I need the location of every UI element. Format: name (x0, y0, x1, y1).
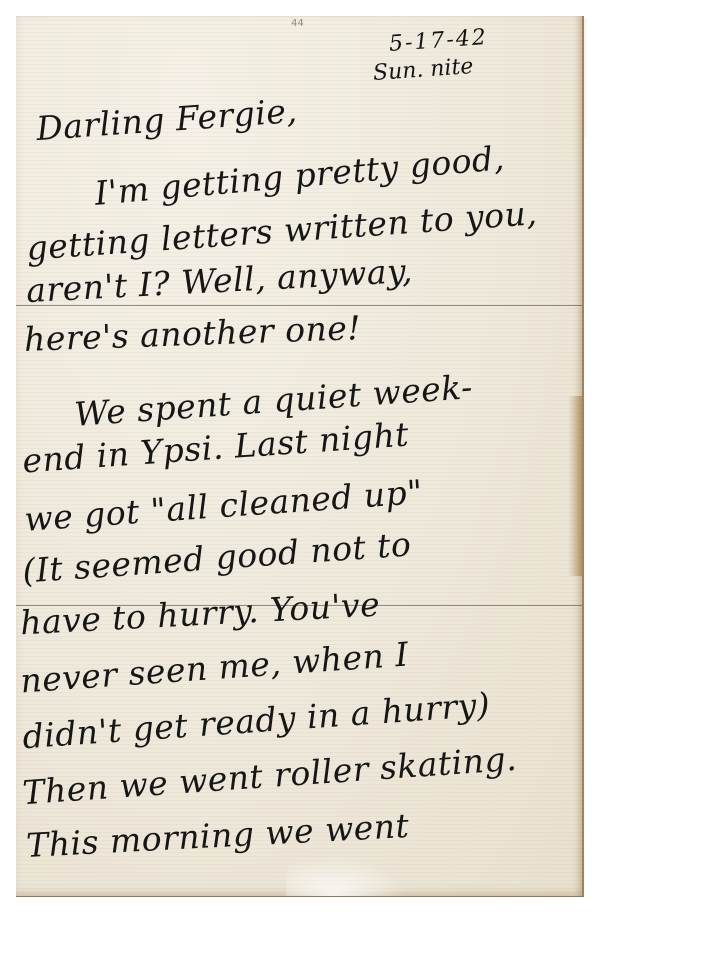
letter-line: have to hurry. You've (19, 585, 381, 643)
salutation: Darling Fergie, (35, 91, 299, 148)
letter-date-block: 5-17-42 Sun. nite (370, 24, 490, 88)
paper-crease (286, 856, 406, 896)
letter-line: never seen me, when I (19, 634, 410, 700)
edge-stain (568, 396, 582, 576)
archive-number: 44 (291, 18, 304, 29)
letter-line: here's another one! (23, 308, 361, 359)
handwritten-letter-page: 44 5-17-42 Sun. nite Darling Fergie, I'm… (16, 16, 584, 897)
